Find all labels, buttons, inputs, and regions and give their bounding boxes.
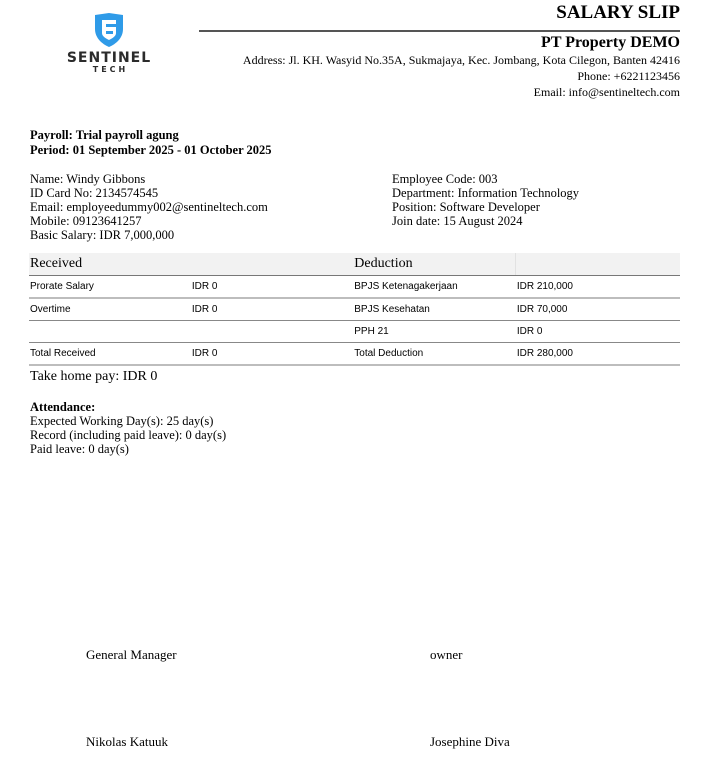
company-name: PT Property DEMO [243,33,680,52]
signature-role-1: General Manager [86,647,177,663]
employee-join-date: Join date: 15 August 2024 [392,214,579,228]
signature-name-2: Josephine Diva [430,734,510,750]
employee-info-left: Name: Windy Gibbons ID Card No: 21345745… [30,172,268,242]
brand-name: SENTINEL [64,51,154,65]
document-title: SALARY SLIP [556,2,680,24]
received-label [29,321,191,343]
deduction-amount: IDR 210,000 [516,276,680,299]
employee-info-right: Employee Code: 003 Department: Informati… [392,172,579,228]
brand-sub: TECH [64,65,154,75]
table-row: Prorate Salary IDR 0 BPJS Ketenagakerjaa… [29,276,680,299]
received-amount [191,321,353,343]
payroll-name: Payroll: Trial payroll agung [30,128,272,143]
employee-basic-salary: Basic Salary: IDR 7,000,000 [30,228,268,242]
received-amount: IDR 0 [191,298,353,321]
payroll-info: Payroll: Trial payroll agung Period: 01 … [30,128,272,158]
deduction-label: BPJS Kesehatan [353,298,516,321]
company-address: Address: Jl. KH. Wasyid No.35A, Sukmajay… [243,52,680,68]
total-received-amount: IDR 0 [191,343,353,366]
table-row: Overtime IDR 0 BPJS Kesehatan IDR 70,000 [29,298,680,321]
table-header-row: Received Deduction [29,253,680,276]
table-total-row: Total Received IDR 0 Total Deduction IDR… [29,343,680,366]
deduction-label: BPJS Ketenagakerjaan [353,276,516,299]
salary-table: Received Deduction Prorate Salary IDR 0 … [29,253,680,366]
employee-mobile: Mobile: 09123641257 [30,214,268,228]
employee-email: Email: employeedummy002@sentineltech.com [30,200,268,214]
attendance-heading: Attendance: [30,400,226,414]
employee-department: Department: Information Technology [392,186,579,200]
attendance-expected-days: Expected Working Day(s): 25 day(s) [30,414,226,428]
employee-position: Position: Software Developer [392,200,579,214]
table-row: PPH 21 IDR 0 [29,321,680,343]
received-amount: IDR 0 [191,276,353,299]
deduction-amount: IDR 0 [516,321,680,343]
employee-id-card: ID Card No: 2134574545 [30,186,268,200]
shield-s-icon [92,12,126,48]
total-received-label: Total Received [29,343,191,366]
header-deduction-amount [516,253,680,276]
attendance-record: Record (including paid leave): 0 day(s) [30,428,226,442]
header-deduction: Deduction [353,253,516,276]
employee-name: Name: Windy Gibbons [30,172,268,186]
received-label: Overtime [29,298,191,321]
take-home-pay: Take home pay: IDR 0 [30,369,157,385]
total-deduction-label: Total Deduction [353,343,516,366]
company-phone: Phone: +6221123456 [243,68,680,84]
signature-role-2: owner [430,647,463,663]
header-received-amount [191,253,353,276]
attendance-paid-leave: Paid leave: 0 day(s) [30,442,226,456]
employee-code: Employee Code: 003 [392,172,579,186]
deduction-amount: IDR 70,000 [516,298,680,321]
deduction-label: PPH 21 [353,321,516,343]
received-label: Prorate Salary [29,276,191,299]
total-deduction-amount: IDR 280,000 [516,343,680,366]
title-divider [199,30,680,32]
company-info: PT Property DEMO Address: Jl. KH. Wasyid… [243,33,680,100]
payroll-period: Period: 01 September 2025 - 01 October 2… [30,143,272,158]
company-email: Email: info@sentineltech.com [243,84,680,100]
header-received: Received [29,253,191,276]
attendance-section: Attendance: Expected Working Day(s): 25 … [30,400,226,456]
company-logo: SENTINEL TECH [64,12,154,75]
signature-name-1: Nikolas Katuuk [86,734,168,750]
